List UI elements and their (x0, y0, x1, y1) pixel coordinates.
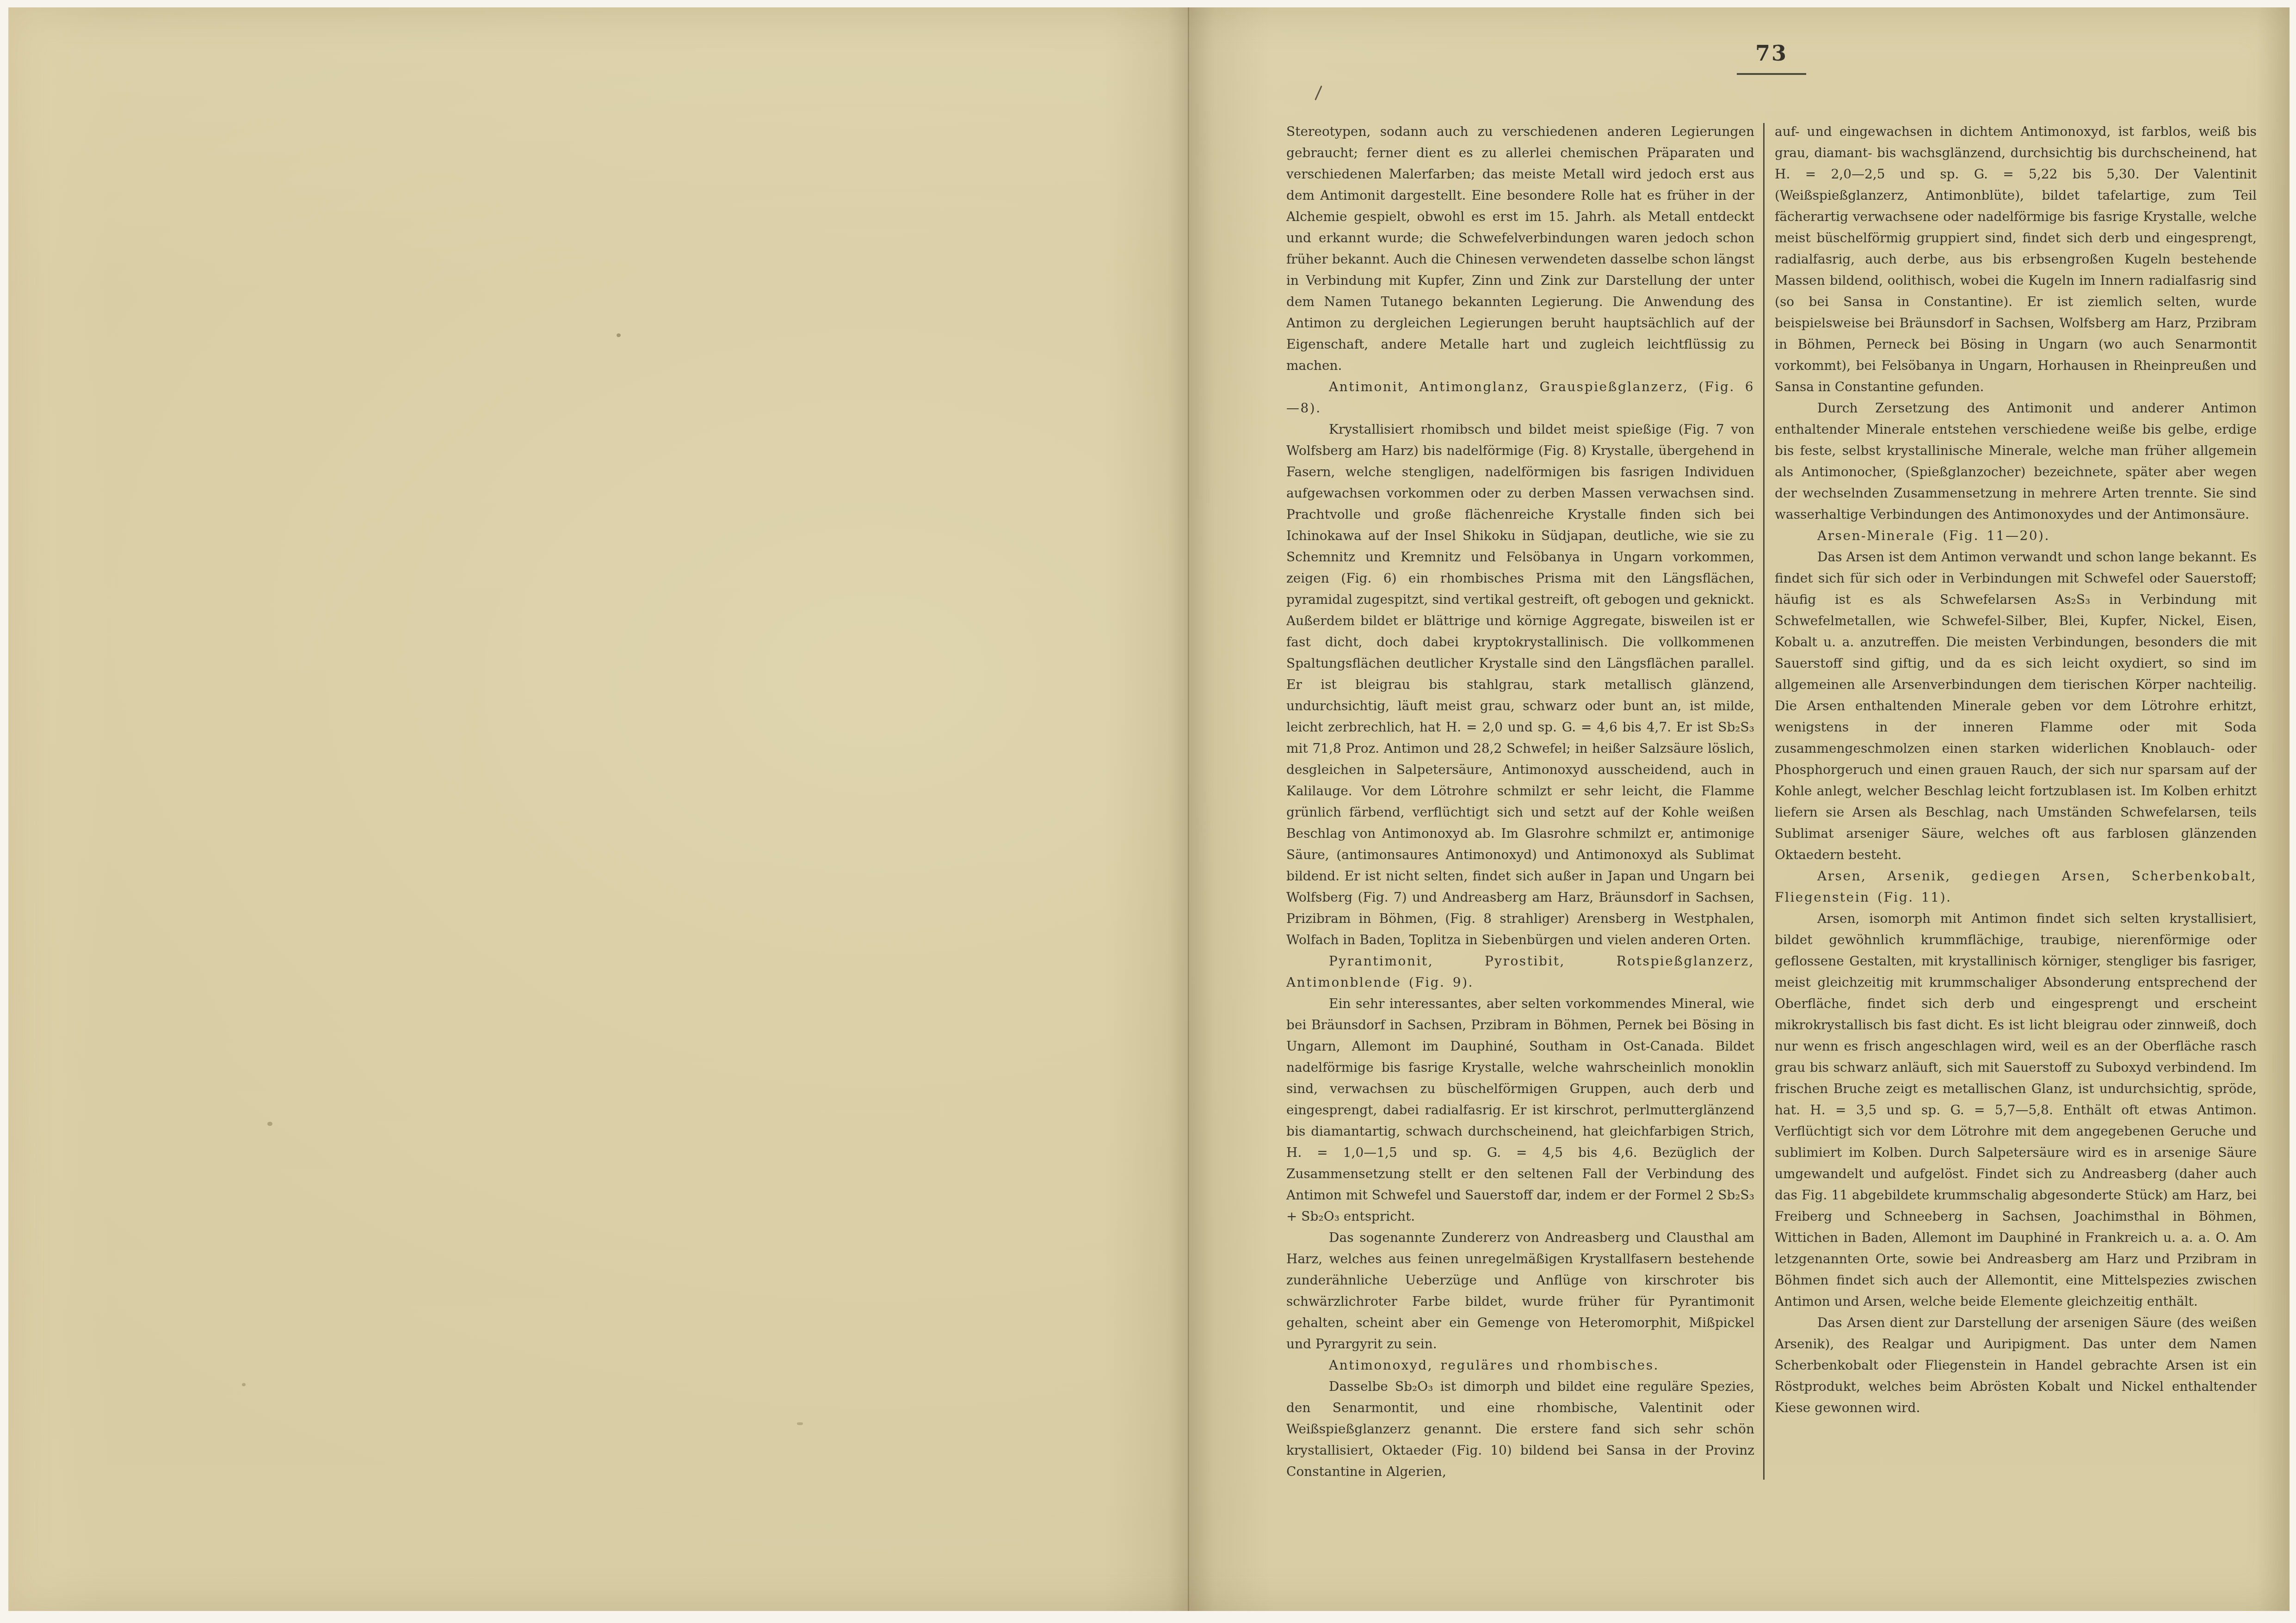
foxing-speck (242, 1383, 246, 1386)
left-page-blank (8, 7, 1132, 1611)
book-scan: 73 Stereotypen, sodann auch zu verschied… (0, 0, 2296, 1623)
paragraph: Das sogenannte Zundererz von Andreasberg… (1286, 1227, 1754, 1355)
mineral-heading: Arsen-Minerale (Fig. 11—20). (1775, 525, 2257, 547)
book-gutter-shadow (1105, 7, 1271, 1611)
paragraph: Das Arsen dient zur Darstellung der arse… (1775, 1312, 2257, 1419)
page-number-rule (1737, 73, 1806, 75)
column-divider-rule (1763, 123, 1765, 1480)
paragraph: Das Arsen ist dem Antimon verwandt und s… (1775, 547, 2257, 866)
mineral-heading: Antimonoxyd, reguläres und rhombisches. (1286, 1355, 1754, 1376)
text-column-left: Stereotypen, sodann auch zu verschiedene… (1286, 121, 1754, 1482)
foxing-speck (617, 333, 621, 337)
paragraph: Arsen, isomorph mit Antimon findet sich … (1775, 908, 2257, 1312)
paragraph: auf- und eingewachsen in dichtem Antimon… (1775, 121, 2257, 398)
paragraph: Krystallisiert rhomibsch und bildet meis… (1286, 419, 1754, 951)
mineral-heading: Pyrantimonit, Pyrostibit, Rotspießglanze… (1286, 951, 1754, 993)
paragraph: Dasselbe Sb₂O₃ ist dimorph und bildet ei… (1286, 1376, 1754, 1482)
page-header: 73 (1286, 41, 2257, 75)
page-number: 73 (1286, 41, 2257, 66)
foxing-speck (267, 1122, 272, 1126)
paragraph: Durch Zersetzung des Antimonit und ander… (1775, 398, 2257, 525)
right-page: 73 Stereotypen, sodann auch zu verschied… (1278, 7, 2290, 1611)
text-columns: Stereotypen, sodann auch zu verschiedene… (1286, 121, 2258, 1482)
pen-stroke-mark (1315, 86, 1322, 100)
text-column-right: auf- und eingewachsen in dichtem Antimon… (1775, 121, 2257, 1482)
foxing-speck (797, 1422, 803, 1425)
mineral-heading: Arsen, Arsenik, gediegen Arsen, Scherben… (1775, 866, 2257, 908)
mineral-heading: Antimonit, Antimonglanz, Grauspießglanze… (1286, 376, 1754, 419)
paragraph: Ein sehr interessantes, aber selten vork… (1286, 993, 1754, 1227)
page-spread: 73 Stereotypen, sodann auch zu verschied… (8, 7, 2290, 1611)
paragraph: Stereotypen, sodann auch zu verschiedene… (1286, 121, 1754, 376)
